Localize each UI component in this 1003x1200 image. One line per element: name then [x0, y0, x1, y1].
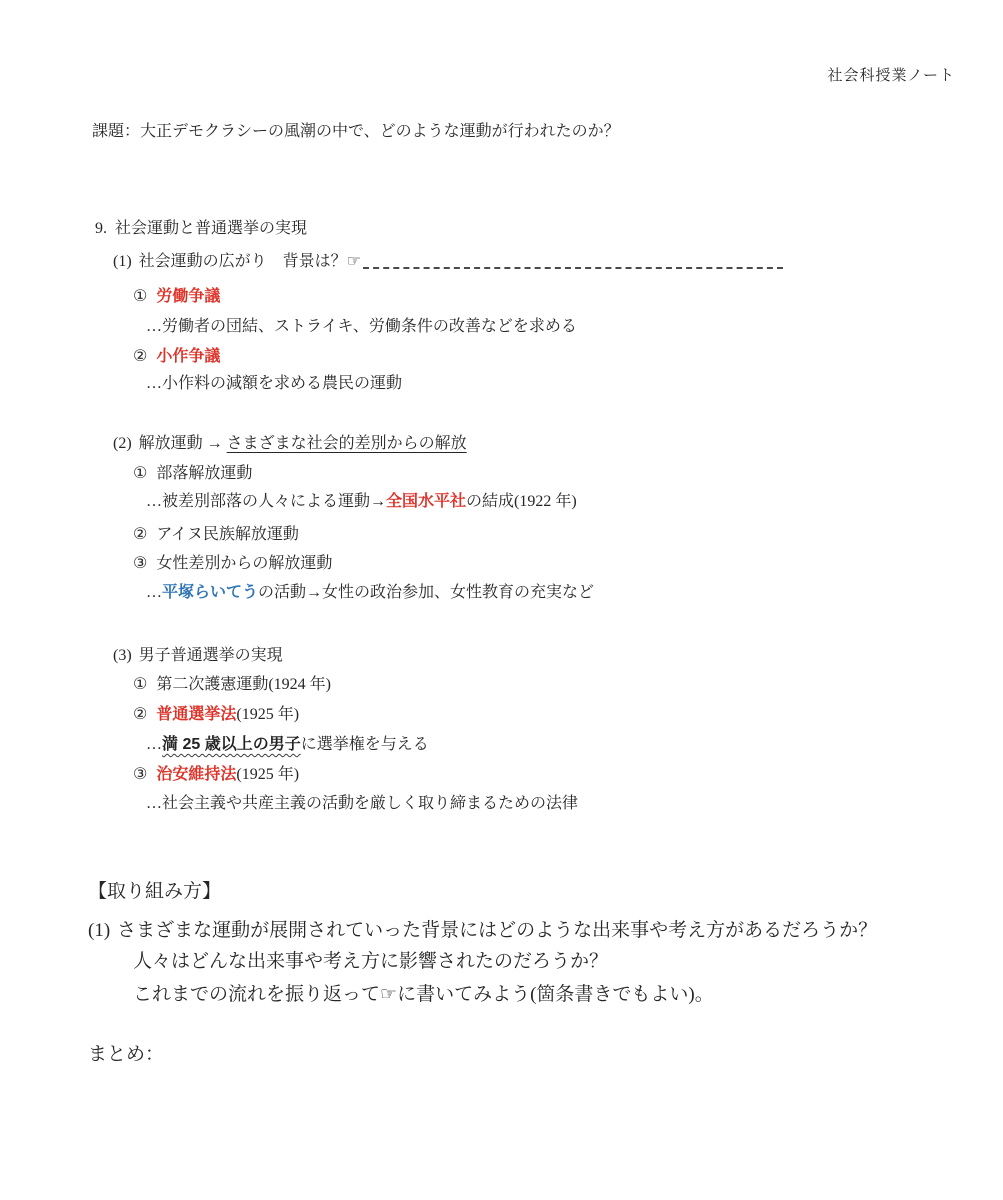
circled-1-icon: ①	[133, 288, 147, 305]
circled-2-icon: ②	[133, 706, 147, 723]
doc-title: 社会科授業ノート	[827, 64, 955, 85]
part1-item2: ②小作争議	[133, 346, 1003, 368]
part2-heading-plain: 解放運動 →	[139, 435, 227, 452]
summary-heading: まとめ：	[88, 1042, 1003, 1068]
part3-item2: ②普通選挙法(1925 年)	[133, 704, 1003, 726]
part2-item2-title: アイヌ民族解放運動	[156, 526, 299, 543]
term-males-over-25: 満 25 歳以上の男子	[162, 736, 301, 753]
summary-label: まとめ：	[88, 1044, 164, 1065]
approach-q1-label: (1)	[88, 920, 110, 941]
term-tenant-dispute: 小作争議	[156, 348, 220, 365]
part1-item2-desc-text: …小作料の減額を求める農民の運動	[146, 375, 402, 392]
approach-question1: (1)さまざまな運動が展開されていった背景にはどのような出来事や考え方があるだろ…	[88, 918, 1003, 944]
pointing-hand-icon: ☞	[380, 983, 397, 1005]
term-labor-dispute: 労働争議	[156, 288, 220, 305]
circled-3-icon: ③	[133, 766, 147, 783]
part1-item1-desc-text: …労働者の団結、ストライキ、労働条件の改善などを求める	[146, 318, 577, 335]
part3-item2-desc-post: に選挙権を与える	[301, 736, 429, 753]
part2-item3-desc-pre: …	[146, 584, 162, 601]
part2-heading: (2)解放運動 → さまざまな社会的差別からの解放	[113, 433, 1003, 455]
part3-item3-desc-text: …社会主義や共産主義の活動を厳しく取り締まるための法律	[146, 795, 578, 812]
approach-question1-line2: 人々はどんな出来事や考え方に影響されたのだろうか？	[133, 949, 1003, 975]
section-number: 9.	[95, 220, 107, 237]
part3-heading-text: 男子普通選挙の実現	[139, 647, 283, 664]
circled-3-icon: ③	[133, 555, 147, 572]
part1-item2-desc: …小作料の減額を求める農民の運動	[146, 373, 1003, 395]
approach-q1-text: さまざまな運動が展開されていった背景にはどのような出来事や考え方があるだろうか？	[117, 920, 877, 941]
approach-q1-line3-pre: これまでの流れを振り返って	[133, 984, 380, 1005]
part2-label: (2)	[113, 435, 132, 452]
approach-q1-line3-post: に書いてみよう(箇条書きでもよい)。	[397, 984, 714, 1005]
section-title: 社会運動と普通選挙の実現	[115, 220, 307, 237]
worksheet-page: 社会科授業ノート 課題：大正デモクラシーの風潮の中で、どのような運動が行われたの…	[0, 0, 1003, 1200]
part2-item1-desc-pre: …被差別部落の人々による運動→	[146, 493, 386, 510]
answer-blank-line	[363, 255, 783, 269]
part3-heading: (3)男子普通選挙の実現	[113, 645, 1003, 667]
part2-item1-desc: …被差別部落の人々による運動→全国水平社の結成(1922 年)	[146, 491, 1003, 513]
circled-1-icon: ①	[133, 465, 147, 482]
approach-heading: 【取り組み方】	[88, 879, 1003, 905]
part3-item1: ①第二次護憲運動(1924 年)	[133, 674, 1003, 696]
part2-item2: ②アイヌ民族解放運動	[133, 524, 1003, 546]
task-line: 課題：大正デモクラシーの風潮の中で、どのような運動が行われたのか？	[92, 121, 1003, 143]
part3-item2-desc: …満 25 歳以上の男子に選挙権を与える	[146, 734, 1003, 756]
part2-item1: ①部落解放運動	[133, 463, 1003, 485]
part1-item1: ①労働争議	[133, 286, 1003, 308]
pointing-hand-icon: ☞	[347, 251, 361, 270]
term-hiratsuka-raicho: 平塚らいてう	[162, 584, 258, 601]
part2-item3-desc: …平塚らいてうの活動→女性の政治参加、女性教育の充実など	[146, 582, 1003, 604]
term-futsu-senkyoho: 普通選挙法	[156, 706, 236, 723]
approach-question1-line3: これまでの流れを振り返って☞に書いてみよう(箇条書きでもよい)。	[133, 981, 1003, 1008]
circled-2-icon: ②	[133, 348, 147, 365]
part1-heading: (1)社会運動の広がり 背景は？☞	[113, 250, 1003, 273]
part3-item2-suffix: (1925 年)	[236, 706, 299, 723]
part2-item3: ③女性差別からの解放運動	[133, 553, 1003, 575]
part3-item2-desc-pre: …	[146, 736, 162, 753]
part2-item1-title: 部落解放運動	[156, 465, 252, 482]
part2-item1-desc-post: の結成(1922 年)	[466, 493, 577, 510]
part3-item1-text: 第二次護憲運動(1924 年)	[156, 676, 331, 693]
part2-heading-underlined: さまざまな社会的差別からの解放	[227, 435, 467, 452]
term-chian-ijiho: 治安維持法	[156, 766, 236, 783]
part3-item3: ③治安維持法(1925 年)	[133, 764, 1003, 786]
part1-heading-text: 社会運動の広がり 背景は？	[139, 253, 347, 270]
section-heading: 9.社会運動と普通選挙の実現	[95, 218, 1003, 240]
part3-label: (3)	[113, 647, 132, 664]
term-zenkoku-suiheisha: 全国水平社	[386, 493, 466, 510]
part3-item3-desc: …社会主義や共産主義の活動を厳しく取り締まるための法律	[146, 793, 1003, 815]
circled-2-icon: ②	[133, 526, 147, 543]
approach-heading-text: 【取り組み方】	[88, 881, 221, 902]
part2-item3-title: 女性差別からの解放運動	[156, 555, 332, 572]
part1-item1-desc: …労働者の団結、ストライキ、労働条件の改善などを求める	[146, 316, 1003, 338]
task-text: 課題：大正デモクラシーの風潮の中で、どのような運動が行われたのか？	[92, 123, 620, 140]
circled-1-icon: ①	[133, 676, 147, 693]
approach-q1-line2-text: 人々はどんな出来事や考え方に影響されたのだろうか？	[133, 951, 608, 972]
part2-item3-desc-post: の活動→女性の政治参加、女性教育の充実など	[258, 584, 594, 601]
part3-item3-suffix: (1925 年)	[236, 766, 299, 783]
part1-label: (1)	[113, 253, 132, 270]
